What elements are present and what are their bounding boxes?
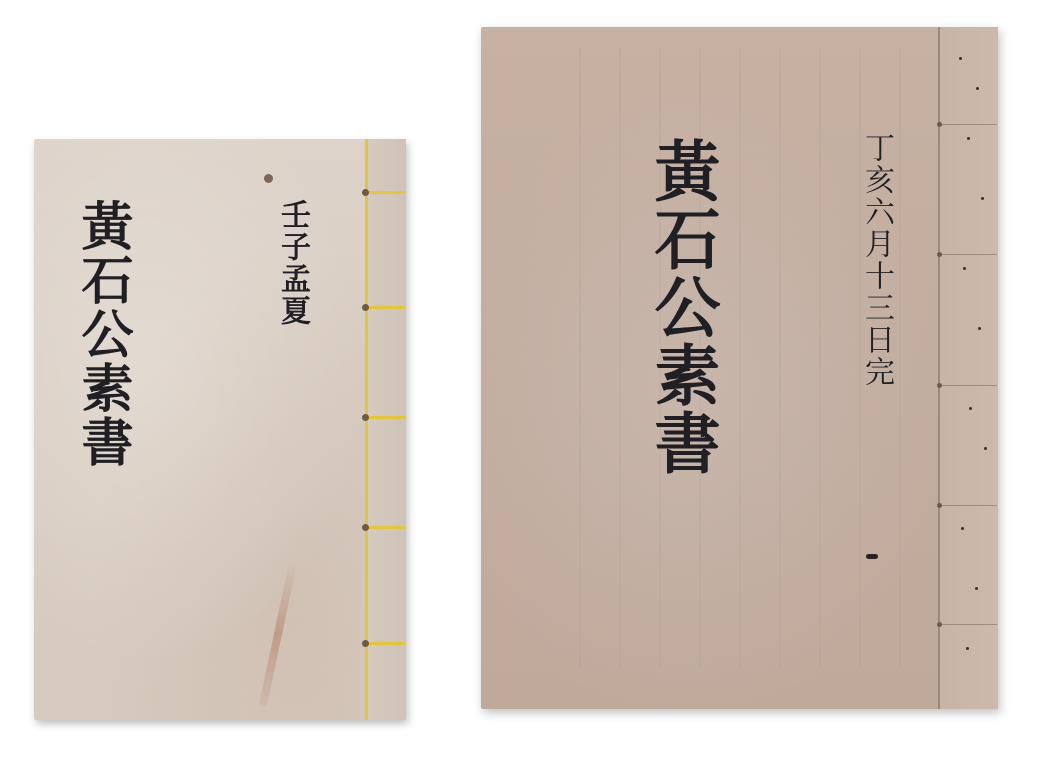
binding-stitch bbox=[365, 306, 405, 309]
binding-stitch bbox=[365, 526, 405, 529]
water-stain bbox=[258, 560, 297, 708]
binding-edge bbox=[939, 27, 998, 709]
binding-stitch bbox=[939, 385, 997, 386]
ink-spot bbox=[866, 554, 878, 559]
binding-stitch bbox=[939, 624, 997, 625]
date-inscription: 壬子孟夏 bbox=[274, 199, 310, 327]
ink-spot bbox=[264, 174, 273, 183]
book-right: 黃石公素書 丁亥六月十三日完 bbox=[481, 27, 998, 709]
binding-thread bbox=[365, 139, 368, 720]
book-title: 黃石公素書 bbox=[646, 137, 718, 477]
binding-stitch bbox=[939, 124, 997, 125]
book-title: 黃石公素書 bbox=[72, 199, 132, 469]
binding-stitch bbox=[365, 642, 405, 645]
binding-stitch bbox=[365, 416, 405, 419]
date-inscription: 丁亥六月十三日完 bbox=[859, 132, 893, 388]
binding-thread bbox=[938, 27, 939, 709]
binding-stitch bbox=[365, 191, 405, 194]
binding-edge bbox=[367, 139, 406, 720]
binding-stitch bbox=[939, 254, 997, 255]
binding-stitch bbox=[939, 505, 997, 506]
book-left: 黃石公素書 壬子孟夏 bbox=[34, 139, 406, 720]
